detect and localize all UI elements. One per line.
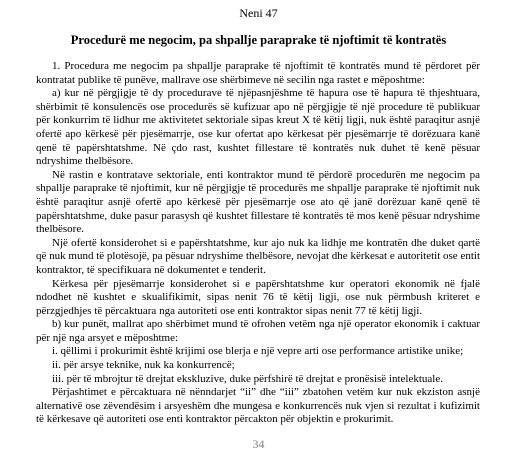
paragraph: Përjashtimet e përcaktuara në nënndarjet… <box>36 386 480 427</box>
document-title: Procedurë me negocim, pa shpallje parapr… <box>30 33 487 48</box>
article-number: Neni 47 <box>0 0 517 20</box>
paragraph: iii. për të mbrojtur të drejtat ekskluzi… <box>36 373 480 387</box>
paragraph: Në rastin e kontratave sektoriale, enti … <box>36 169 480 237</box>
paragraph: 1. Procedura me negocim pa shpallje para… <box>36 60 480 87</box>
document-page: Neni 47 Procedurë me negocim, pa shpallj… <box>0 0 517 460</box>
document-body: 1. Procedura me negocim pa shpallje para… <box>36 60 480 427</box>
paragraph: i. qëllimi i prokurimit është krijimi os… <box>36 345 480 359</box>
paragraph: ii. për arsye teknike, nuk ka konkurrenc… <box>36 359 480 373</box>
paragraph: Kërkesa për pjesëmarrje konsiderohet si … <box>36 278 480 319</box>
paragraph: Një ofertë konsiderohet si e papërshtats… <box>36 237 480 278</box>
paragraph: b) kur punët, mallrat apo shërbimet mund… <box>36 318 480 345</box>
paragraph: a) kur në përgjigje të dy procedurave të… <box>36 87 480 169</box>
page-number: 34 <box>0 438 517 450</box>
